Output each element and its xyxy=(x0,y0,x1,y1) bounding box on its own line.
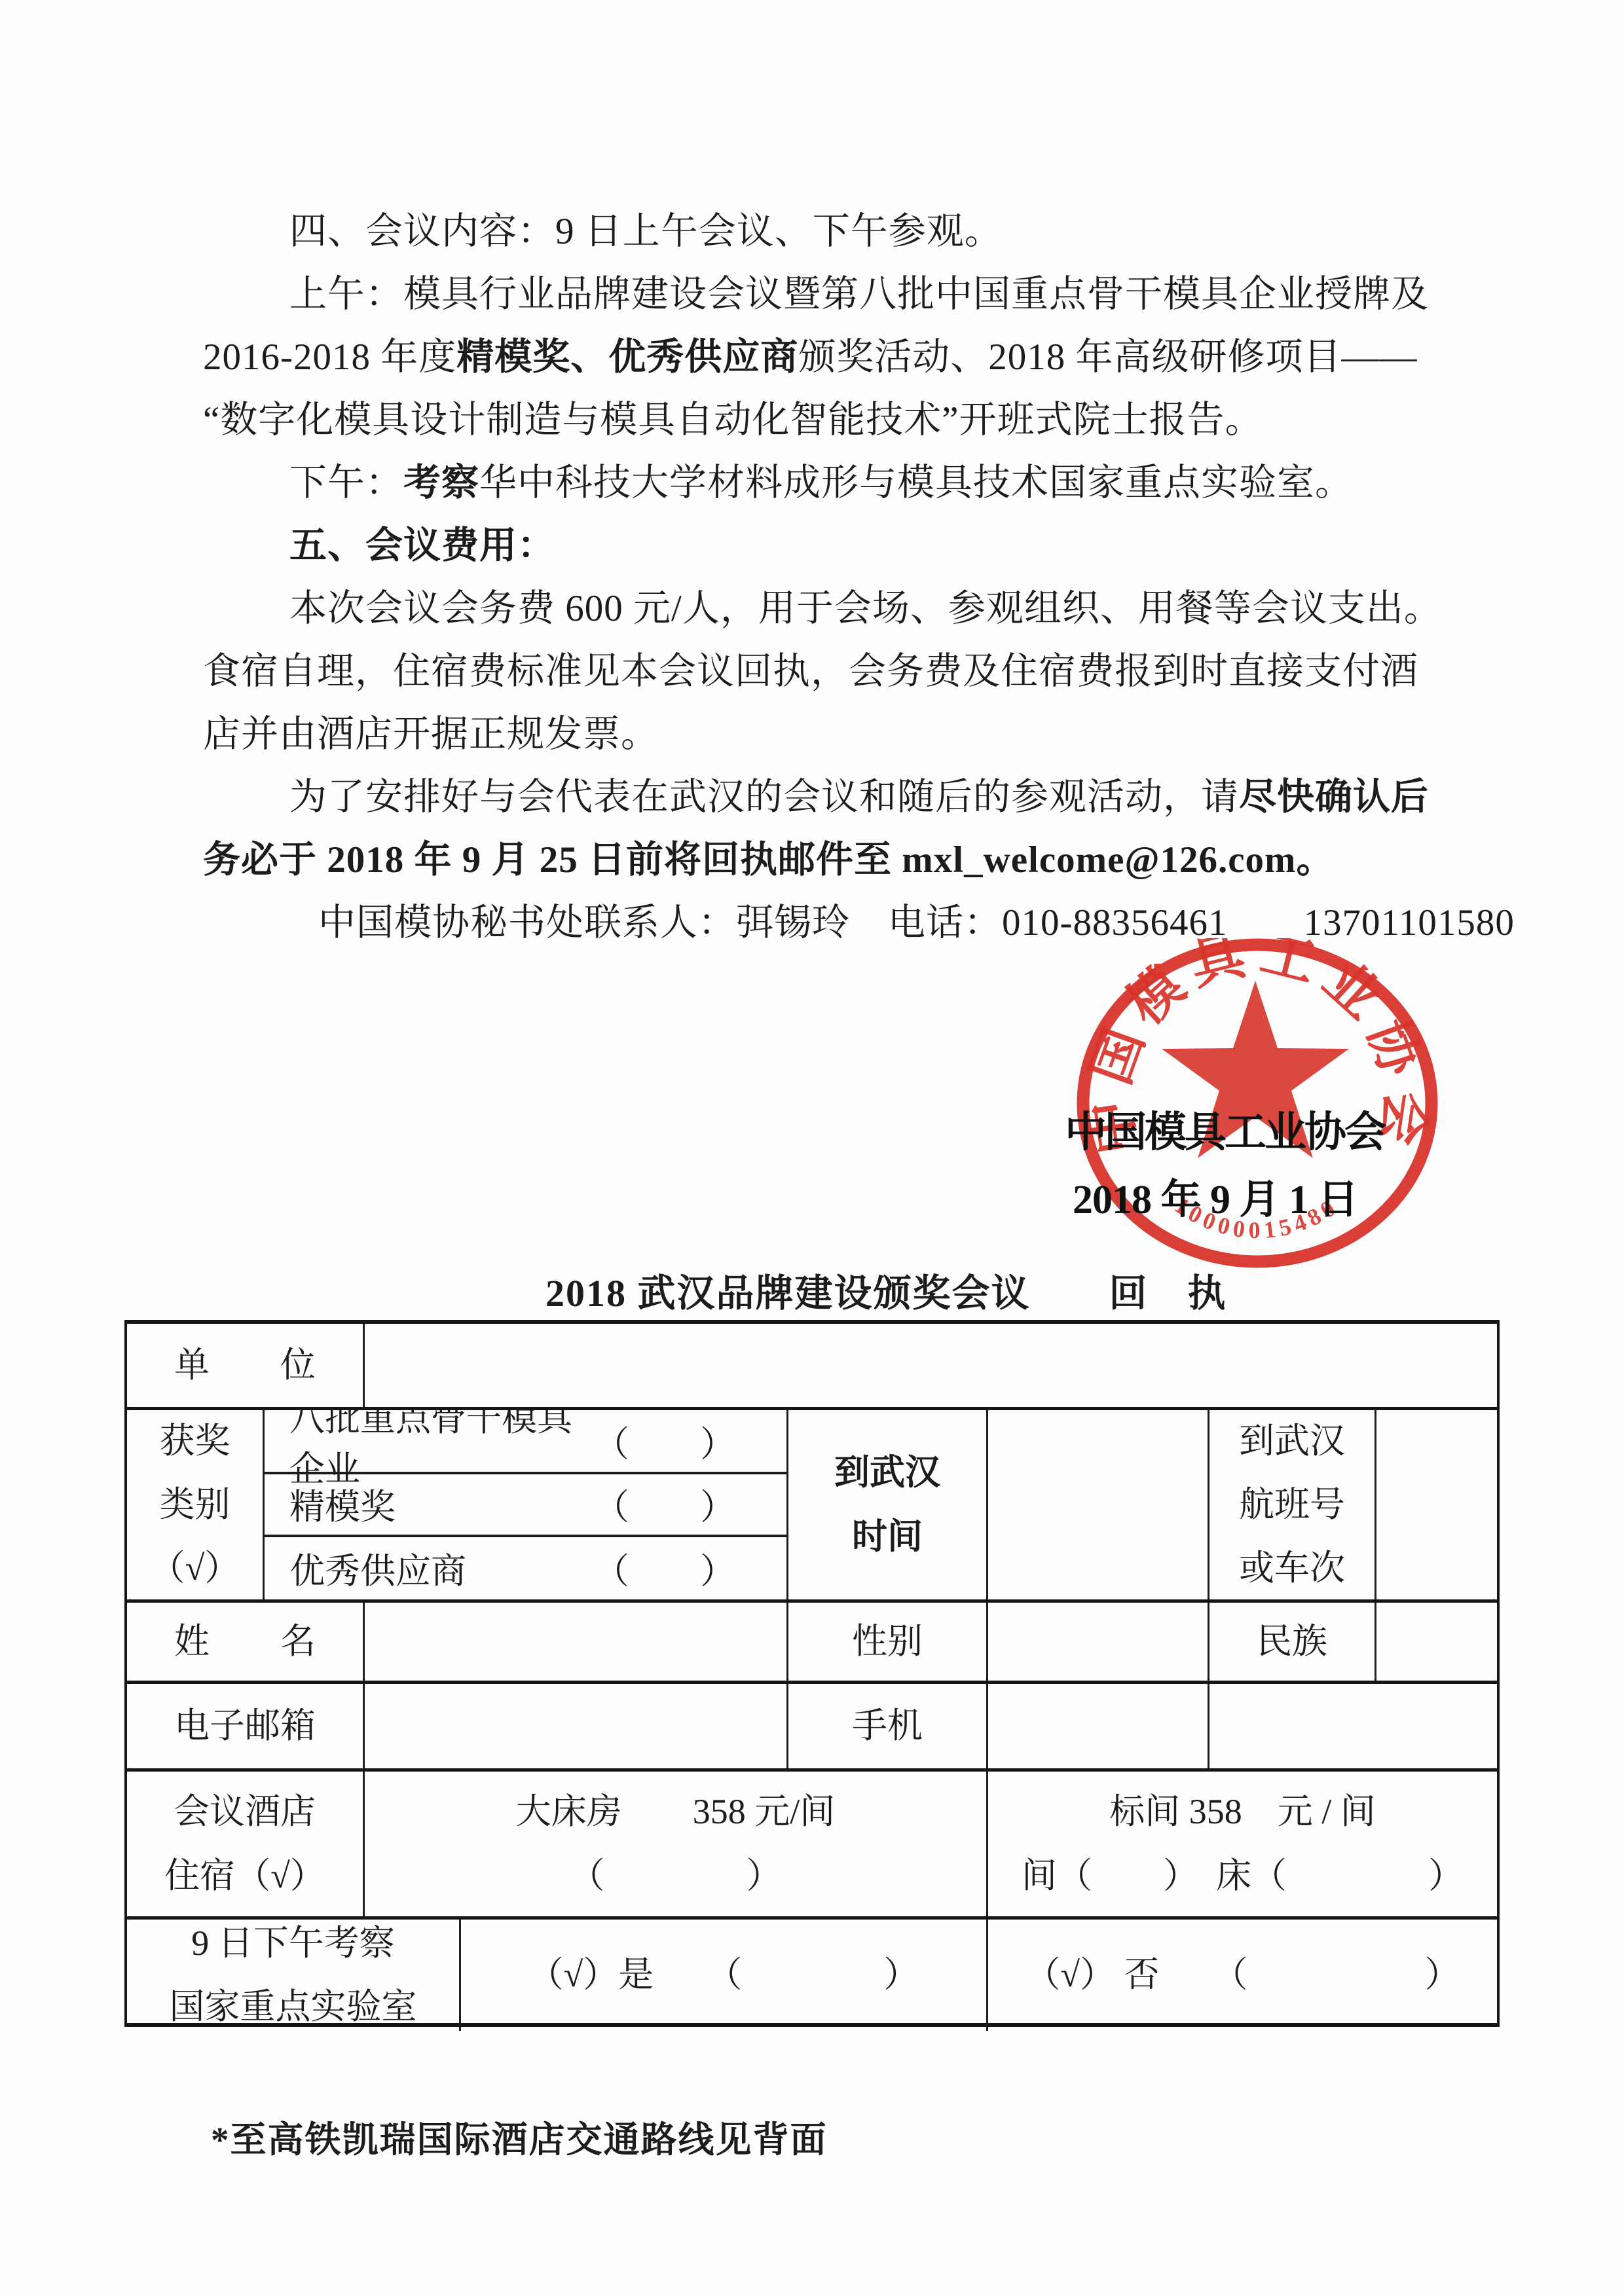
body-line: 上午：模具行业品牌建设会议暨第八批中国重点骨干模具企业授牌及 xyxy=(203,259,1441,322)
line-text: 中国模协秘书处联系人：弭锡玲 电话：010-88356461 137011015… xyxy=(318,892,1515,946)
award-option-supplier: 优秀供应商 （ ） xyxy=(265,1537,786,1599)
line-text: 颁奖活动、2018 年高级研修项目—— xyxy=(798,327,1417,380)
table-row-name: 姓 名 性别 民族 xyxy=(127,1603,1497,1684)
gender-value-field xyxy=(988,1603,1209,1681)
scanned-meeting-notice: 四、会议内容：9 日上午会议、下午参观。 上午：模具行业品牌建设会议暨第八批中国… xyxy=(0,0,1624,2296)
flight-train-value-field xyxy=(1376,1410,1497,1599)
award-name: 精模奖 xyxy=(289,1479,396,1529)
line-text: 华中科技大学材料成形与模具技术国家重点实验室。 xyxy=(479,452,1353,506)
unit-label: 单 位 xyxy=(127,1324,365,1407)
line-text: 为了安排好与会代表在武汉的会议和随后的参观活动，请 xyxy=(289,767,1239,820)
body-line: 下午：考察华中科技大学材料成形与模具技术国家重点实验室。 xyxy=(203,448,1441,511)
contact-line: 中国模协秘书处联系人：弭锡玲 电话：010-88356461 137011015… xyxy=(203,888,1441,951)
reply-deadline-line: 务必于 2018 年 9 月 25 日前将回执邮件至 mxl_welcome@1… xyxy=(203,825,1441,888)
reply-form-title-huizhi: 回 执 xyxy=(1109,1262,1227,1317)
table-row-hotel: 会议酒店 住宿（√） 大床房 358 元/间 （ ） 标间 358 元 / 间 … xyxy=(127,1772,1497,1920)
table-row-award-category: 获奖 类别 （√） 八批重点骨干模具企业 （ ） 精模奖 （ ） 优秀供应商 （… xyxy=(127,1410,1497,1603)
award-checkbox-paren: （ ） xyxy=(594,1543,735,1594)
name-value-field xyxy=(365,1603,788,1681)
gender-label: 性别 xyxy=(788,1603,988,1681)
line-text-bold: 务必于 2018 年 9 月 25 日前将回执邮件至 mxl_welcome@1… xyxy=(203,829,1335,883)
table-row-unit: 单 位 xyxy=(127,1324,1497,1410)
unit-value-field xyxy=(365,1324,1497,1407)
body-line: 店并由酒店开据正规发票。 xyxy=(203,699,1441,762)
king-room-option: 大床房 358 元/间 （ ） xyxy=(365,1772,988,1916)
award-category-label: 获奖 类别 （√） xyxy=(127,1410,265,1599)
line-text-bold: 尽快确认后 xyxy=(1239,767,1429,820)
email-value-field xyxy=(365,1684,788,1768)
body-line: 四、会议内容：9 日上午会议、下午参观。 xyxy=(203,196,1441,259)
line-text: 下午： xyxy=(289,452,403,506)
ethnic-value-field xyxy=(1376,1603,1497,1681)
line-text: 2016-2018 年度 xyxy=(203,327,456,380)
ethnic-label: 民族 xyxy=(1209,1603,1376,1681)
line-text: “数字化模具设计制造与模具自动化智能技术”开班式院士报告。 xyxy=(203,390,1263,443)
email-label: 电子邮箱 xyxy=(127,1684,365,1768)
mobile-value-field xyxy=(988,1684,1209,1768)
line-text-bold: 精模奖、优秀供应商 xyxy=(456,327,798,380)
lab-visit-yes-option: （√）是 （ ） xyxy=(461,1920,988,2031)
award-option-key-enterprise: 八批重点骨干模具企业 （ ） xyxy=(265,1410,786,1474)
award-options: 八批重点骨干模具企业 （ ） 精模奖 （ ） 优秀供应商 （ ） xyxy=(265,1410,788,1599)
award-checkbox-paren: （ ） xyxy=(594,1479,735,1529)
award-name: 优秀供应商 xyxy=(289,1543,466,1594)
line-text: 上午：模具行业品牌建设会议暨第八批中国重点骨干模具企业授牌及 xyxy=(289,264,1429,318)
line-text: 四、会议内容：9 日上午会议、下午参观。 xyxy=(289,201,1003,255)
reply-form-table: 单 位 获奖 类别 （√） 八批重点骨干模具企业 （ ） 精模奖 （ ） xyxy=(124,1320,1500,2027)
notice-body: 四、会议内容：9 日上午会议、下午参观。 上午：模具行业品牌建设会议暨第八批中国… xyxy=(203,196,1441,951)
flight-train-label: 到武汉 航班号 或车次 xyxy=(1209,1410,1376,1599)
section-heading-fees: 五、会议费用： xyxy=(203,511,1441,574)
hotel-label: 会议酒店 住宿（√） xyxy=(127,1772,365,1916)
body-line: “数字化模具设计制造与模具自动化智能技术”开班式院士报告。 xyxy=(203,385,1441,448)
award-option-fine-mold: 精模奖 （ ） xyxy=(265,1474,786,1537)
line-text-bold: 考察 xyxy=(403,452,479,506)
reply-form-title: 2018 武汉品牌建设颁奖会议 回 执 xyxy=(545,1264,1227,1316)
mobile-value-field-2 xyxy=(1209,1684,1497,1768)
award-checkbox-paren: （ ） xyxy=(594,1416,735,1467)
mobile-label: 手机 xyxy=(788,1684,988,1768)
line-text-bold: 五、会议费用： xyxy=(289,515,555,569)
arrival-time-value-field xyxy=(988,1410,1209,1599)
lab-visit-label: 9 日下午考察 国家重点实验室 xyxy=(127,1920,461,2031)
signature-date: 2018 年 9 月 1 日 xyxy=(1073,1167,1358,1225)
reply-form-title-main: 2018 武汉品牌建设颁奖会议 xyxy=(545,1262,1031,1317)
signature-org-name: 中国模具工业协会 xyxy=(1065,1099,1384,1159)
name-label: 姓 名 xyxy=(127,1603,365,1681)
body-line: 食宿自理，住宿费标准见本会议回执，会务费及住宿费报到时直接支付酒 xyxy=(203,636,1441,699)
body-line: 本次会议会务费 600 元/人，用于会场、参观组织、用餐等会议支出。 xyxy=(203,574,1441,636)
line-text: 食宿自理，住宿费标准见本会议回执，会务费及住宿费报到时直接支付酒 xyxy=(203,641,1418,695)
lab-visit-no-option: （√） 否 （ ） xyxy=(988,1920,1497,2031)
line-text: 本次会议会务费 600 元/人，用于会场、参观组织、用餐等会议支出。 xyxy=(289,578,1442,632)
hotel-route-note: *至高铁凯瑞国际酒店交通路线见背面 xyxy=(211,2111,828,2162)
line-text: 店并由酒店开据正规发票。 xyxy=(203,704,659,757)
table-row-lab-visit: 9 日下午考察 国家重点实验室 （√）是 （ ） （√） 否 （ ） xyxy=(127,1920,1497,2031)
body-line: 为了安排好与会代表在武汉的会议和随后的参观活动，请尽快确认后 xyxy=(203,762,1441,825)
body-line: 2016-2018 年度精模奖、优秀供应商颁奖活动、2018 年高级研修项目—— xyxy=(203,322,1441,385)
standard-room-option: 标间 358 元 / 间 间（ ） 床（ ） xyxy=(988,1772,1497,1916)
table-row-email: 电子邮箱 手机 xyxy=(127,1684,1497,1772)
arrival-time-label: 到武汉 时间 xyxy=(788,1410,988,1599)
